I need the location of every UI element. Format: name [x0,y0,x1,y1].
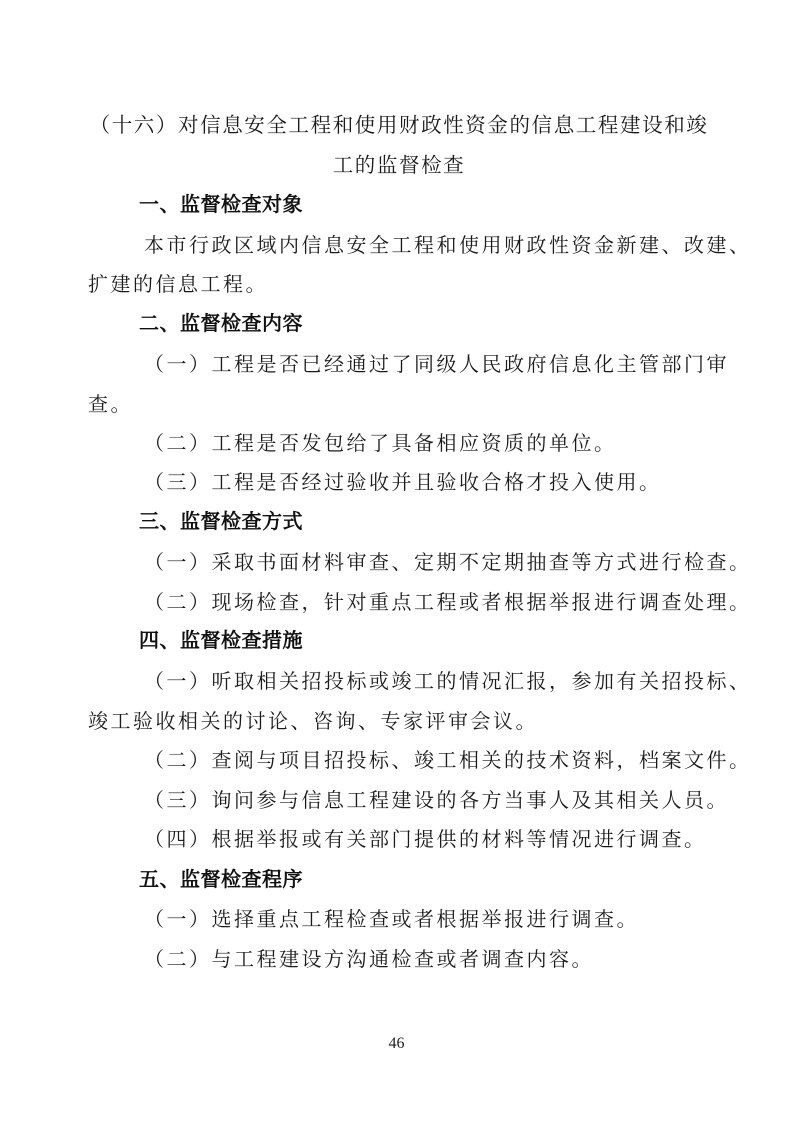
paragraph: （四）根据举报或有关部门提供的材料等情况进行调查。 [144,823,764,852]
paragraph: （一）工程是否已经通过了同级人民政府信息化主管部门审 [144,348,764,377]
section-heading-3: 三、监督检查方式 [139,505,303,534]
paragraph: （二）与工程建设方沟通检查或者调查内容。 [144,943,764,972]
paragraph: 本市行政区域内信息安全工程和使用财政性资金新建、改建、 [144,229,764,258]
section-heading-4: 四、监督检查措施 [139,624,303,653]
paragraph-continuation: 扩建的信息工程。 [88,268,708,297]
paragraph: （一）采取书面材料审查、定期不定期抽查等方式进行检查。 [144,546,764,575]
paragraph: （一）听取相关招投标或竣工的情况汇报，参加有关招投标、 [144,665,764,694]
paragraph-continuation: 查。 [88,388,708,417]
paragraph: （三）工程是否经过验收并且验收合格才投入使用。 [144,466,764,495]
paragraph: （一）选择重点工程检查或者根据举报进行调查。 [144,903,764,932]
paragraph: （二）查阅与项目招投标、竣工相关的技术资料，档案文件。 [144,744,764,773]
paragraph: （三）询问参与信息工程建设的各方当事人及其相关人员。 [144,784,764,813]
paragraph: （二）工程是否发包给了具备相应资质的单位。 [144,427,764,456]
section-heading-1: 一、监督检查对象 [139,188,303,217]
paragraph: （二）现场检查，针对重点工程或者根据举报进行调查处理。 [144,586,764,615]
section-heading-2: 二、监督检查内容 [139,307,303,336]
document-title-line2: 工的监督检查 [84,148,714,178]
paragraph-continuation: 竣工验收相关的讨论、咨询、专家评审会议。 [88,705,708,734]
section-heading-5: 五、监督检查程序 [139,863,303,892]
document-title-line1: （十六）对信息安全工程和使用财政性资金的信息工程建设和竣 [84,108,714,138]
page-number: 46 [0,1035,793,1053]
